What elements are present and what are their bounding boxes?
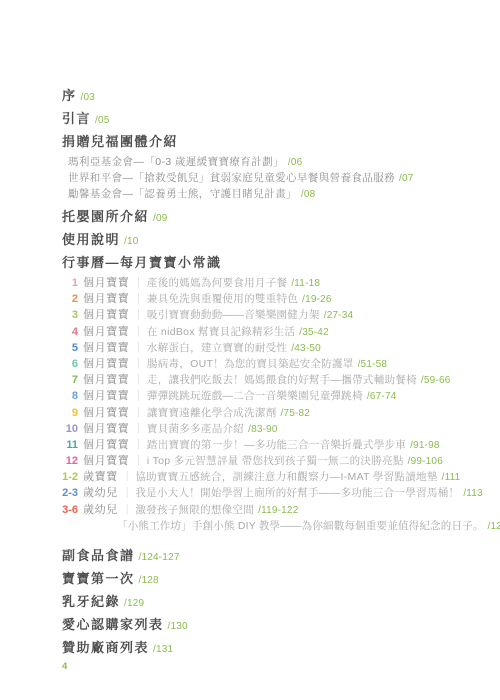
calendar-item-separator: ｜ — [133, 340, 144, 356]
sub-item-page-ref: /07 — [399, 171, 414, 187]
calendar-item-separator: ｜ — [133, 405, 144, 421]
section-page-ref: /131 — [153, 638, 173, 661]
section-title: 托嬰園所介紹 — [62, 205, 149, 228]
calendar-item-page-ref: /91-98 — [410, 438, 440, 454]
section-page-ref: /129 — [124, 592, 144, 615]
section-page-ref: /05 — [95, 109, 110, 132]
calendar-item-separator: ｜ — [122, 485, 133, 501]
calendar-item-description: 彈彈跳跳玩遊戲—二合一音樂樂園兒童彈跳椅 — [147, 388, 363, 404]
calendar-item-separator: ｜ — [133, 453, 144, 469]
calendar-item-page-ref: /67-74 — [367, 389, 397, 405]
calendar-item-row: 10個月寶寶｜寶貝菌多多產品介紹/83-90 — [56, 421, 474, 437]
calendar-item-row: 1個月寶寶｜產後的媽媽為何要食用月子餐/11-18 — [56, 275, 474, 291]
calendar-item-label: 歲幼兒 — [83, 502, 118, 518]
calendar-item-label: 個月寶寶 — [83, 291, 129, 307]
calendar-item-separator: ｜ — [133, 437, 144, 453]
calendar-item-description: 吸引寶寶動動動——音樂樂園健力架 — [147, 307, 320, 323]
section-title: 副食品食譜 — [62, 544, 135, 567]
sub-item-text: 瑪利亞基金會—「0-3 歲遲緩寶寶療育計劃」 — [68, 154, 284, 170]
sub-item-page-ref: /08 — [301, 187, 316, 203]
calendar-item-description: 協助寶寶五感統合，訓練注意力和觀察力—I-MAT 學習點讀地墊 — [135, 469, 437, 485]
calendar-item-page-ref: /43-50 — [291, 341, 321, 357]
calendar-item-label: 歲幼兒 — [83, 485, 118, 501]
calendar-item-page-ref: /99-106 — [408, 454, 443, 470]
toc-calendar-list: 1個月寶寶｜產後的媽媽為何要食用月子餐/11-182個月寶寶｜兼具免洗與重覆使用… — [56, 275, 474, 518]
calendar-item-row: 2個月寶寶｜兼具免洗與重覆使用的雙重特色/19-26 — [56, 291, 474, 307]
calendar-item-number: 3-6 — [56, 502, 78, 518]
calendar-item-number: 1-2 — [56, 469, 78, 485]
toc-calendar-note: 「小熊工作坊」手創小熊 DIY 教學——為你細數每個重要並值得紀念的日子。 /1… — [62, 518, 474, 535]
sub-item-row: 瑪利亞基金會—「0-3 歲遲緩寶寶療育計劃」/06 — [68, 154, 474, 170]
calendar-item-label: 個月寶寶 — [83, 388, 129, 404]
calendar-item-label: 個月寶寶 — [83, 340, 129, 356]
sub-item-row: 勵馨基金會—「認養勇士熊，守護目睹兒計畫」/08 — [68, 186, 474, 202]
section-page-ref: /09 — [153, 207, 168, 230]
section-row: 寶寶第一次/128 — [62, 567, 474, 590]
calendar-item-number: 5 — [56, 340, 78, 356]
section-row: 副食品食譜/124-127 — [62, 544, 474, 567]
calendar-item-label: 個月寶寶 — [83, 453, 129, 469]
calendar-item-description: 在 nidBox 幫寶貝記錄精彩生活 — [147, 324, 295, 340]
calendar-item-row: 11個月寶寶｜踏出寶寶的第一步！—多功能三合一音樂折疊式學步車/91-98 — [56, 437, 474, 453]
sub-item-text: 世界和平會—「搶救受飢兒」貧弱家庭兒童愛心早餐與營養食品服務 — [68, 170, 395, 186]
section-title: 寶寶第一次 — [62, 567, 135, 590]
calendar-item-number: 7 — [56, 372, 78, 388]
section-row: 行事曆—每月寶寶小常識 — [62, 251, 474, 274]
calendar-item-number: 9 — [56, 405, 78, 421]
calendar-item-label: 個月寶寶 — [83, 421, 129, 437]
calendar-item-description: 水解蛋白，建立寶寶的耐受性 — [147, 340, 287, 356]
calendar-item-label: 個月寶寶 — [83, 324, 129, 340]
calendar-item-separator: ｜ — [133, 388, 144, 404]
calendar-item-description: i Top 多元智慧評量 帶您找到孩子獨一無二的決勝亮點 — [147, 453, 404, 469]
section-row: 序/03 — [62, 84, 474, 107]
calendar-item-label: 個月寶寶 — [83, 405, 129, 421]
calendar-item-row: 4個月寶寶｜在 nidBox 幫寶貝記錄精彩生活/35-42 — [56, 324, 474, 340]
calendar-item-page-ref: /35-42 — [299, 325, 329, 341]
calendar-item-number: 8 — [56, 388, 78, 404]
calendar-item-number: 11 — [56, 437, 78, 453]
toc-bottom-sections: 副食品食譜/124-127寶寶第一次/128乳牙紀錄/129愛心認購家列表/13… — [62, 544, 474, 659]
section-row: 乳牙紀錄/129 — [62, 590, 474, 613]
section-title: 愛心認購家列表 — [62, 613, 164, 636]
calendar-item-separator: ｜ — [133, 324, 144, 340]
calendar-item-separator: ｜ — [122, 502, 133, 518]
toc-content: 序/03引言/05捐贈兒福團體介紹瑪利亞基金會—「0-3 歲遲緩寶寶療育計劃」/… — [62, 84, 474, 659]
calendar-item-label: 個月寶寶 — [83, 372, 129, 388]
calendar-item-row: 3-6歲幼兒｜激發孩子無限的想像空間/119-122 — [56, 502, 474, 518]
calendar-item-label: 個月寶寶 — [83, 307, 129, 323]
section-page-ref: /128 — [139, 569, 159, 592]
calendar-item-label: 個月寶寶 — [83, 356, 129, 372]
section-row: 贊助廠商列表/131 — [62, 636, 474, 659]
calendar-item-row: 6個月寶寶｜腸病毒，OUT！為您的寶貝築起安全防護罩/51-58 — [56, 356, 474, 372]
section-page-ref: /10 — [124, 230, 139, 253]
calendar-item-description: 腸病毒，OUT！為您的寶貝築起安全防護罩 — [147, 356, 354, 372]
calendar-item-page-ref: /119-122 — [258, 503, 298, 519]
calendar-item-page-ref: /111 — [442, 470, 461, 486]
section-row: 捐贈兒福團體介紹 — [62, 130, 474, 153]
calendar-item-number: 4 — [56, 324, 78, 340]
calendar-item-page-ref: /75-82 — [281, 406, 311, 422]
calendar-item-description: 兼具免洗與重覆使用的雙重特色 — [147, 291, 298, 307]
section-title: 捐贈兒福團體介紹 — [62, 130, 178, 153]
calendar-item-number: 10 — [56, 421, 78, 437]
section-row: 使用說明/10 — [62, 228, 474, 251]
calendar-item-row: 7個月寶寶｜走，讓我們吃飯去！媽媽餵食的好幫手—攜帶式輔助餐椅/59-66 — [56, 372, 474, 388]
section-title: 引言 — [62, 107, 91, 130]
calendar-item-page-ref: /19-26 — [302, 292, 332, 308]
calendar-item-page-ref: /51-58 — [358, 357, 388, 373]
calendar-item-separator: ｜ — [133, 356, 144, 372]
calendar-item-row: 9個月寶寶｜讓寶寶遠離化學合成洗潔劑/75-82 — [56, 405, 474, 421]
calendar-item-number: 2 — [56, 291, 78, 307]
calendar-item-description: 讓寶寶遠離化學合成洗潔劑 — [147, 405, 277, 421]
calendar-item-page-ref: /83-90 — [248, 422, 278, 438]
calendar-item-row: 1-2歲寶寶｜協助寶寶五感統合，訓練注意力和觀察力—I-MAT 學習點讀地墊/1… — [56, 469, 474, 485]
calendar-item-number: 6 — [56, 356, 78, 372]
calendar-item-separator: ｜ — [133, 372, 144, 388]
calendar-note-page-ref: /123 — [488, 518, 500, 535]
section-page-ref: /03 — [81, 86, 96, 109]
calendar-item-separator: ｜ — [122, 469, 133, 485]
calendar-item-page-ref: /11-18 — [291, 276, 320, 292]
calendar-item-separator: ｜ — [133, 421, 144, 437]
calendar-item-separator: ｜ — [133, 307, 144, 323]
calendar-item-page-ref: /27-34 — [324, 308, 354, 324]
calendar-note-text: 「小熊工作坊」手創小熊 DIY 教學——為你細數每個重要並值得紀念的日子。 — [117, 518, 484, 535]
calendar-item-description: 踏出寶寶的第一步！—多功能三合一音樂折疊式學步車 — [147, 437, 406, 453]
section-title: 使用說明 — [62, 228, 120, 251]
calendar-item-description: 激發孩子無限的想像空間 — [135, 502, 254, 518]
toc-top-sections: 序/03引言/05捐贈兒福團體介紹瑪利亞基金會—「0-3 歲遲緩寶寶療育計劃」/… — [62, 84, 474, 274]
calendar-item-label: 個月寶寶 — [83, 275, 129, 291]
calendar-item-number: 2-3 — [56, 485, 78, 501]
section-row: 愛心認購家列表/130 — [62, 613, 474, 636]
calendar-item-description: 寶貝菌多多產品介紹 — [147, 421, 244, 437]
calendar-item-row: 3個月寶寶｜吸引寶寶動動動——音樂樂園健力架/27-34 — [56, 307, 474, 323]
toc-page: 序/03引言/05捐贈兒福團體介紹瑪利亞基金會—「0-3 歲遲緩寶寶療育計劃」/… — [0, 0, 500, 700]
section-title: 乳牙紀錄 — [62, 590, 120, 613]
calendar-item-description: 走，讓我們吃飯去！媽媽餵食的好幫手—攜帶式輔助餐椅 — [147, 372, 417, 388]
section-row: 托嬰園所介紹/09 — [62, 205, 474, 228]
calendar-item-separator: ｜ — [133, 291, 144, 307]
section-sub-list: 瑪利亞基金會—「0-3 歲遲緩寶寶療育計劃」/06世界和平會—「搶救受飢兒」貧弱… — [62, 154, 474, 202]
section-title: 贊助廠商列表 — [62, 636, 149, 659]
calendar-item-row: 5個月寶寶｜水解蛋白，建立寶寶的耐受性/43-50 — [56, 340, 474, 356]
calendar-item-number: 1 — [56, 275, 78, 291]
calendar-item-label: 個月寶寶 — [83, 437, 129, 453]
section-page-ref: /130 — [168, 615, 188, 638]
page-number: 4 — [62, 661, 67, 672]
calendar-item-row: 8個月寶寶｜彈彈跳跳玩遊戲—二合一音樂樂園兒童彈跳椅/67-74 — [56, 388, 474, 404]
sub-item-row: 世界和平會—「搶救受飢兒」貧弱家庭兒童愛心早餐與營養食品服務/07 — [68, 170, 474, 186]
calendar-item-label: 歲寶寶 — [83, 469, 118, 485]
calendar-item-page-ref: /59-66 — [421, 373, 451, 389]
calendar-item-description: 產後的媽媽為何要食用月子餐 — [147, 275, 287, 291]
section-title: 序 — [62, 84, 77, 107]
calendar-item-description: 我是小大人！開始學習上廁所的好幫手——多功能三合一學習馬桶！ — [135, 485, 459, 501]
section-page-ref: /124-127 — [139, 546, 180, 569]
calendar-item-separator: ｜ — [133, 275, 144, 291]
sub-item-text: 勵馨基金會—「認養勇士熊，守護目睹兒計畫」 — [68, 186, 297, 202]
calendar-item-row: 2-3歲幼兒｜我是小大人！開始學習上廁所的好幫手——多功能三合一學習馬桶！/11… — [56, 485, 474, 501]
calendar-item-number: 3 — [56, 307, 78, 323]
sub-item-page-ref: /06 — [288, 155, 303, 171]
section-title: 行事曆—每月寶寶小常識 — [62, 251, 222, 274]
calendar-item-row: 12個月寶寶｜i Top 多元智慧評量 帶您找到孩子獨一無二的決勝亮點/99-1… — [56, 453, 474, 469]
section-row: 引言/05 — [62, 107, 474, 130]
calendar-item-page-ref: /113 — [463, 486, 483, 502]
calendar-item-number: 12 — [56, 453, 78, 469]
